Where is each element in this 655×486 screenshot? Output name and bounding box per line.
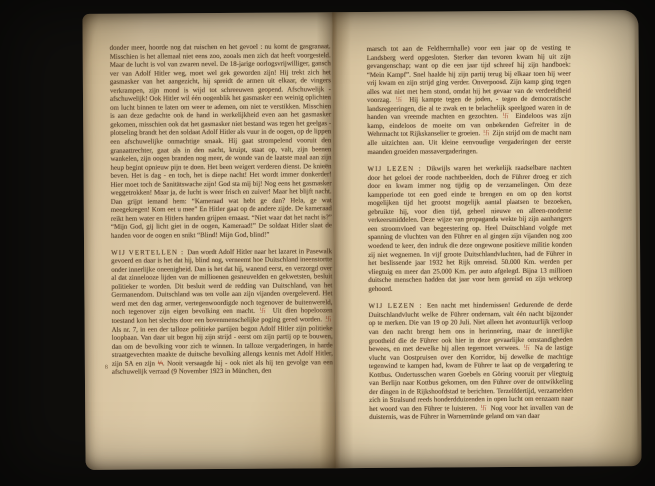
paragraph: donder meer, hoorde nog dat ruischen en … (110, 43, 332, 241)
section-heading: WIJ VERTELLEN : (111, 249, 187, 257)
section-heading: WIJ LEZEN : (367, 166, 426, 173)
paragraph: WIJ LEZEN : Een nacht met hindernissen! … (368, 302, 573, 423)
paragraph: WIJ LEZEN : Dikwijls waren het werkelijk… (367, 165, 572, 295)
right-page-text: marsch tot aan de Feldherrnhalle) voor e… (367, 45, 574, 432)
photo-background: donder meer, hoorde nog dat ruischen en … (0, 0, 655, 486)
red-swastika-ornament-icon: 卐 (259, 308, 270, 315)
page-edge-highlight (634, 16, 639, 461)
paragraph: marsch tot aan de Feldherrnhalle) voor e… (367, 45, 572, 158)
page-number-left: 8 (105, 365, 108, 371)
red-swastika-ornament-icon: 卐 (395, 97, 406, 104)
open-book: donder meer, hoorde nog dat ruischen en … (82, 10, 641, 470)
section-heading: WIJ LEZEN : (368, 303, 427, 310)
left-page-text: donder meer, hoorde nog dat ruischen en … (110, 43, 333, 385)
red-swastika-ornament-icon: 卐 (479, 405, 488, 412)
body-text: donder meer, hoorde nog dat ruischen en … (110, 43, 332, 240)
red-swastika-ornament-icon: 卐 (324, 316, 333, 323)
body-text: Na de lastige vlucht van Oostpruisen ove… (369, 345, 573, 413)
red-swastika-ornament-icon: 卐 (523, 345, 533, 352)
page-number-right: 9 (546, 364, 549, 370)
paragraph: WIJ VERTELLEN : Dan wordt Adolf Hitler n… (111, 248, 333, 378)
red-swastika-ornament-icon: 卐 (502, 113, 512, 120)
right-page: marsch tot aan de Feldherrnhalle) voor e… (332, 10, 641, 468)
left-page: donder meer, hoorde nog dat ruischen en … (82, 12, 335, 470)
body-text: Dan wordt Adolf Hitler naar het lazaret … (111, 248, 332, 316)
body-text: Dikwijls waren het werkelijk raadselbare… (368, 165, 573, 293)
